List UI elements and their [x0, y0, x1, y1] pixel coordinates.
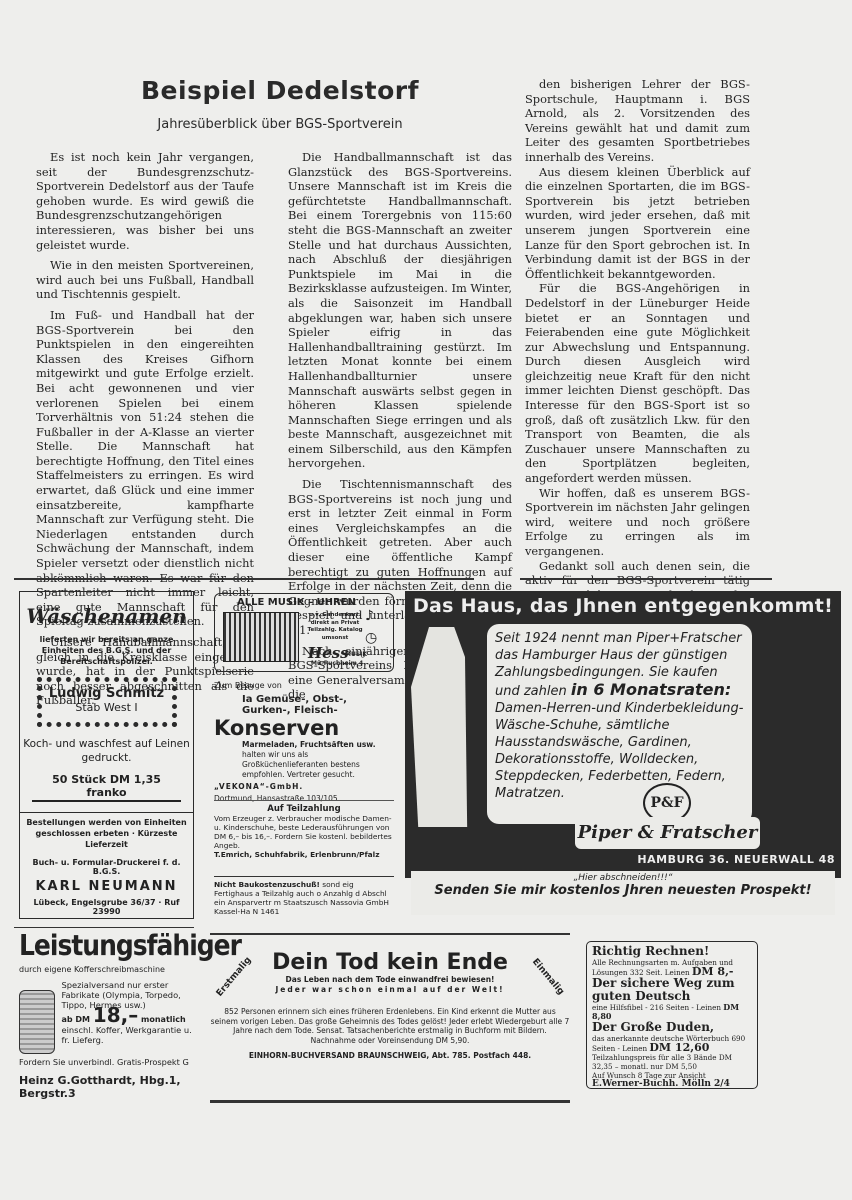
ad-company: EINHORN-BUCHVERSAND BRAUNSCHWEIG, Abt. 7…	[210, 1051, 570, 1060]
ad-druck: Buch- u. Formular-Druckerei f. d. B.G.S.	[20, 858, 193, 876]
ad-waeschenamen: Wäschenamen lieferten wir bereits an gan…	[19, 591, 194, 919]
ad-intro: lieferten wir bereits an ganze Einheiten…	[20, 634, 193, 667]
divider	[210, 1100, 570, 1103]
ad-text: Koch- und waschfest auf Leinen gedruckt.	[20, 737, 193, 765]
accordion-icon	[223, 612, 299, 662]
ad-s4: Teilzahlungspreis für alle 3 Bände DM 32…	[592, 1053, 752, 1071]
paragraph: Wir hoffen, daß es unserem BGS-Sportvere…	[525, 486, 750, 559]
ad-text-panel: Seit 1924 nennt man Piper+Fratscher das …	[487, 624, 752, 824]
ad-sub1: Das Leben nach dem Tode einwandfrei bewi…	[210, 975, 570, 985]
guitar-icon: ♪	[365, 608, 374, 624]
diamond-border-frame: Ludwig Schmitz Stab West I	[37, 677, 177, 727]
ad-schreibmaschine: Leistungsfähiger durch eigene Kofferschr…	[19, 931, 201, 1100]
ad-body: halten wir uns als Großküchenlieferanten…	[242, 750, 394, 780]
ad-title: Auf Teilzahlung	[214, 804, 394, 814]
ad-konserven: Zum Bezuge von Ia Gemüse-, Obst-, Gurken…	[214, 681, 394, 804]
article-subtitle: Jahresüberblick über BGS-Sportverein	[130, 117, 430, 132]
ad-body: Vom Erzeuger z. Verbraucher modische Dam…	[214, 814, 394, 850]
typewriter-icon	[19, 990, 55, 1054]
ad-company: T.Emrich, Schuhfabrik, Erlenbrunn/Pfalz	[214, 850, 394, 859]
ad-company: KARL NEUMANN	[20, 879, 193, 894]
coupon-text: Senden Sie mir kostenlos Jhren neuesten …	[411, 883, 835, 898]
paragraph: Im Fuß- und Handball hat der BGS-Sportve…	[36, 308, 254, 629]
newspaper-page: Beispiel Dedelstorf Jahresüberblick über…	[0, 0, 852, 1200]
ad-title: Konserven	[214, 716, 394, 740]
ad-head: Das Haus, das Jhnen entgegenkommt!	[405, 595, 841, 617]
ad-address: Lübeck, Engelsgrube 36/37 · Ruf 23990	[20, 898, 193, 916]
ad-incl: einschl. Koffer, Werkgarantie u. fr. Lie…	[61, 1025, 201, 1045]
ad-company: E.Werner-Buchh. Mölln 2/4	[592, 1080, 752, 1089]
ad-place: Mü-Puchheim 4	[311, 660, 363, 667]
article-title: Beispiel Dedelstorf	[130, 76, 430, 105]
paragraph: Die Handballmannschaft ist das Glanzstüc…	[288, 150, 512, 471]
ad-teilzahlung: Auf Teilzahlung Vom Erzeuger z. Verbrauc…	[214, 800, 394, 859]
ad-name: Ludwig Schmitz	[42, 686, 172, 701]
divider	[14, 578, 474, 580]
paragraph: Wie in den meisten Sportvereinen, wird a…	[36, 258, 254, 302]
ad-ab: ab DM	[61, 1015, 90, 1024]
ad-lead: Nicht Baukostenzuschuß!	[214, 880, 320, 889]
divider	[20, 812, 193, 813]
paragraph: Für die BGS-Angehörigen in Dedelstorf in…	[525, 281, 750, 485]
ad-dein-tod: Erstmalig Einmalig Dein Tod kein Ende Da…	[210, 950, 570, 1060]
ad-company: „VEKONA“-GmbH.	[214, 782, 394, 792]
ad-extra: Marmeladen, Fruchtsäften usw.	[242, 740, 394, 750]
paragraph: den bisherigen Lehrer der BGS-Sportschul…	[525, 77, 750, 165]
coupon-cut-text: „Hier abschneiden!!!“	[411, 873, 835, 883]
ad-text: Damen-Herren-und Kinderbekleidung-Wäsche…	[495, 701, 743, 801]
ad-body: 852 Personen erinnern sich eines frühere…	[210, 1007, 570, 1045]
ad-text: u.v. Gandenkart. direkt an Privat Teilza…	[305, 612, 365, 642]
ad-monthly: monatlich	[141, 1015, 186, 1024]
ad-piper-fratscher: Das Haus, das Jhnen entgegenkommt! Seit …	[405, 591, 841, 878]
ad-title: Dein Tod kein Ende	[210, 950, 570, 975]
ad-musik-uhren: ALLE MUSIK – UHREN u.v. Gandenkart. dire…	[214, 593, 394, 672]
divider	[210, 933, 570, 935]
people-illustration	[411, 627, 483, 827]
ad-company: Heinz G.Gotthardt, Hbg.1, Bergstr.3	[19, 1074, 201, 1100]
ad-stab: Stab West I	[42, 701, 172, 714]
divider	[520, 578, 772, 580]
ad-brand: Piper & Fratscher	[575, 817, 760, 849]
paragraph: Es ist noch kein Jahr vergangen, seit de…	[36, 150, 254, 252]
ad-items: Ia Gemüse-, Obst-, Gurken-, Fleisch-	[242, 694, 394, 716]
ad-sub: durch eigene Kofferschreibmaschine	[19, 965, 201, 974]
ad-head: ALLE MUSIK – UHREN	[237, 597, 356, 608]
clock-icon: ◷	[365, 630, 377, 646]
ad-order-text: Bestellungen werden von Einheiten geschl…	[20, 817, 193, 850]
ad-richtig-rechnen: Richtig Rechnen! Alle Rechnungsarten m. …	[586, 941, 758, 1089]
ad-h3: Der Große Duden,	[592, 1021, 752, 1034]
ad-brand-sub: MUSIK	[345, 651, 367, 658]
ad-price: 18,–	[93, 1003, 138, 1027]
ad-baukosten: Nicht Baukostenzuschuß! sond eig Fertigh…	[214, 876, 394, 916]
ad-h2: Der sichere Weg zum guten Deutsch	[592, 977, 752, 1003]
coupon[interactable]: „Hier abschneiden!!!“ Senden Sie mir kos…	[411, 871, 835, 915]
article-column-3: den bisherigen Lehrer der BGS-Sportschul…	[525, 77, 750, 677]
paragraph: Aus diesem kleinen Überblick auf die ein…	[525, 165, 750, 282]
ad-price: 50 Stück DM 1,35 franko	[32, 773, 181, 802]
ad-sub2: Jeder war schon einmal auf der Welt!	[210, 985, 570, 995]
ad-bold-text: in 6 Monatsraten:	[571, 680, 731, 699]
ad-intro: Zum Bezuge von	[214, 681, 394, 690]
ad-h1: Richtig Rechnen!	[592, 945, 752, 958]
ad-title: Leistungsfähiger	[19, 931, 201, 961]
ad-title: Wäschenamen	[20, 604, 193, 628]
ad-fordern: Fordern Sie unverbindl. Gratis-Prospekt …	[19, 1057, 201, 1067]
ad-address: HAMBURG 36. NEUERWALL 48	[575, 853, 835, 866]
